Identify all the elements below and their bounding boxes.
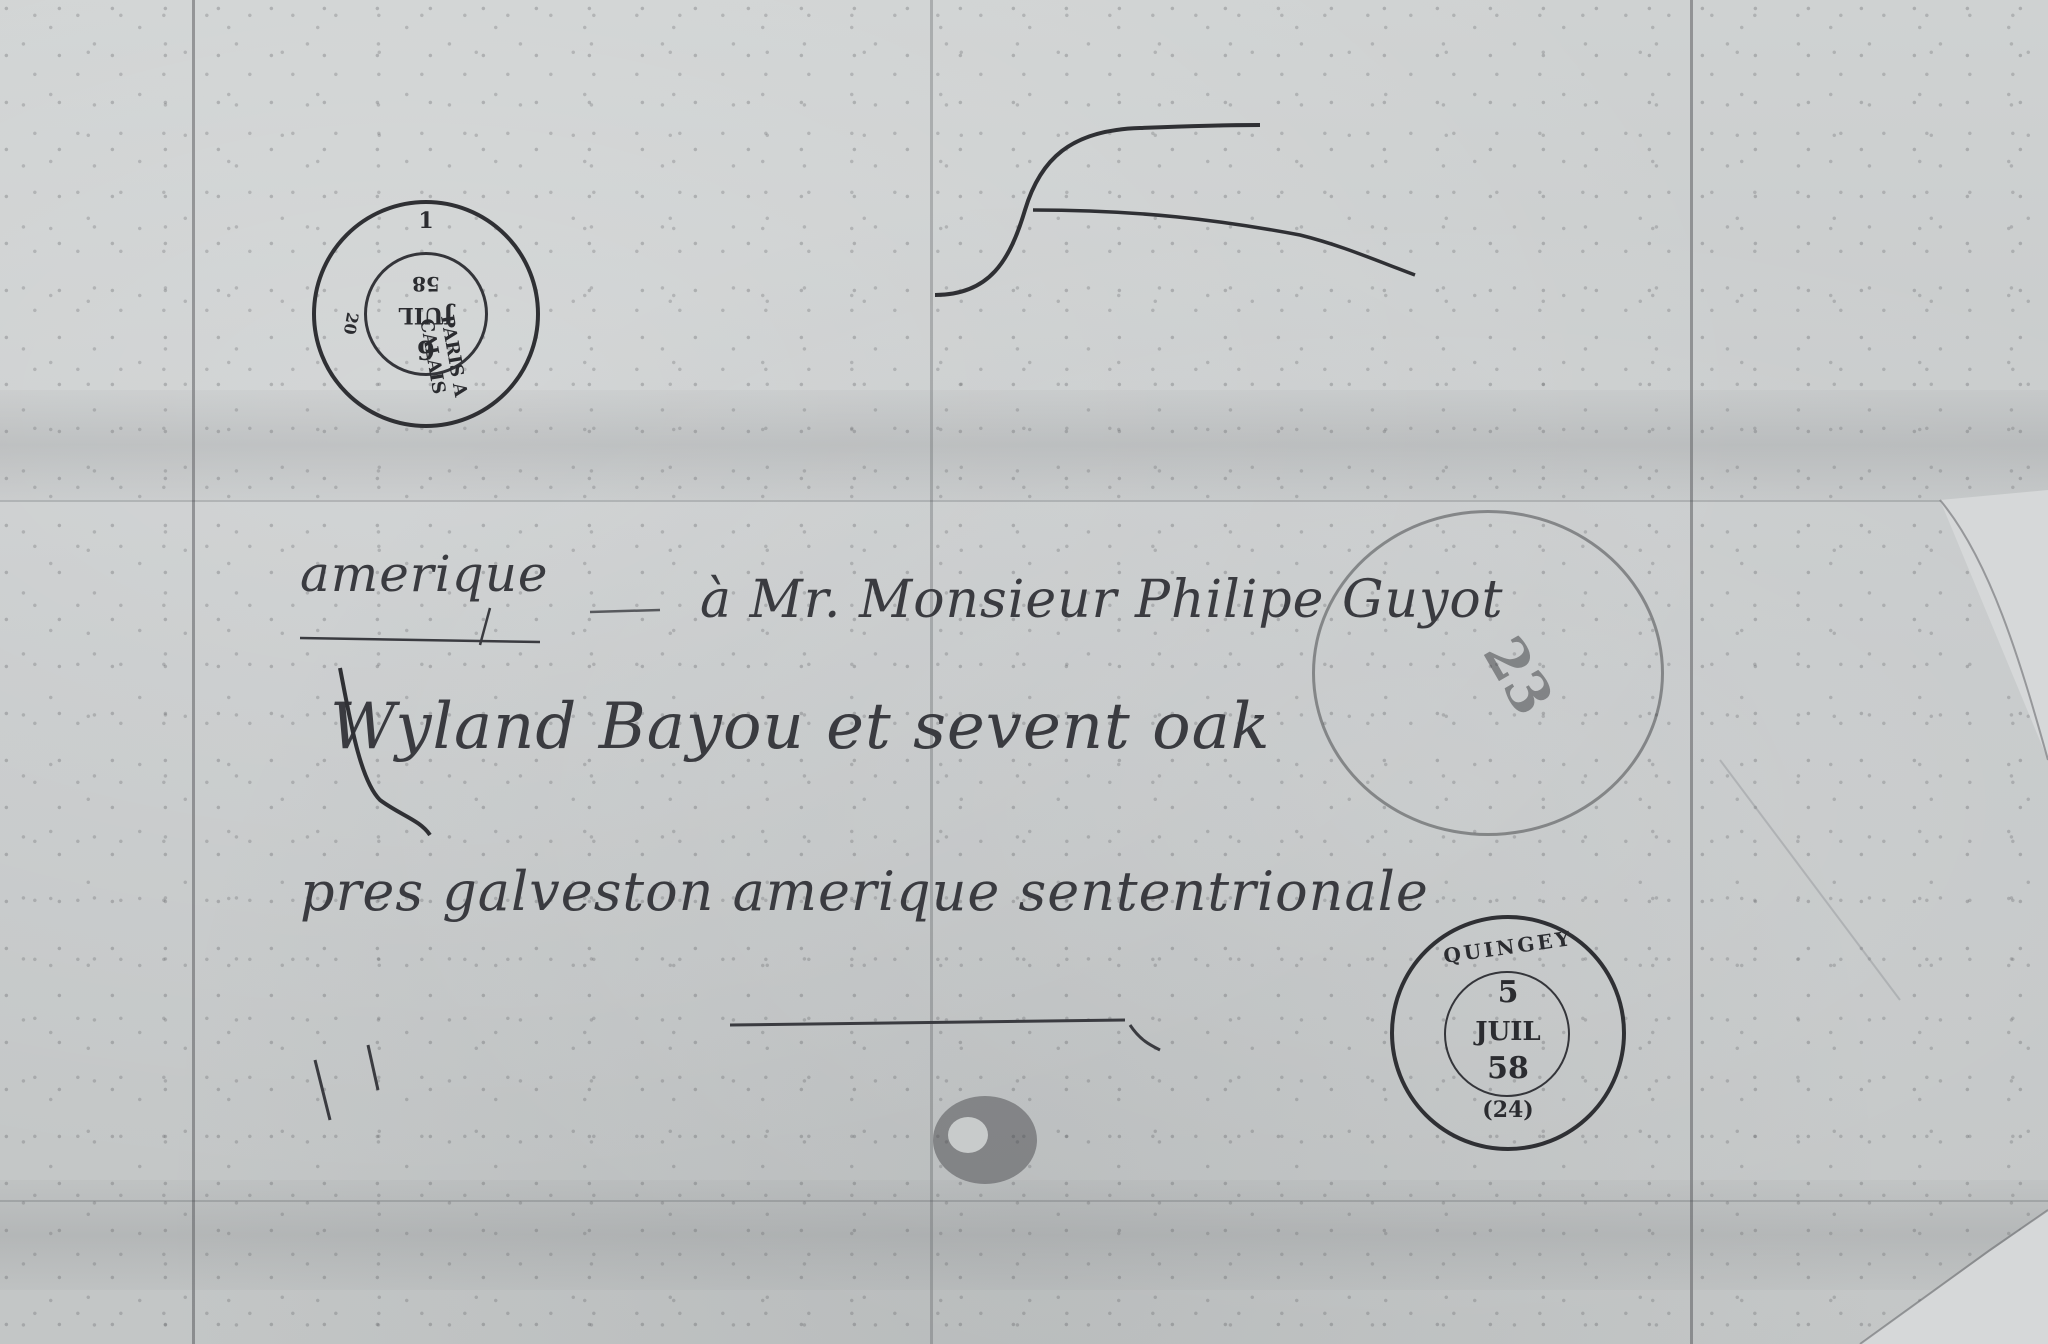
stray-marks: [0, 0, 2048, 1344]
